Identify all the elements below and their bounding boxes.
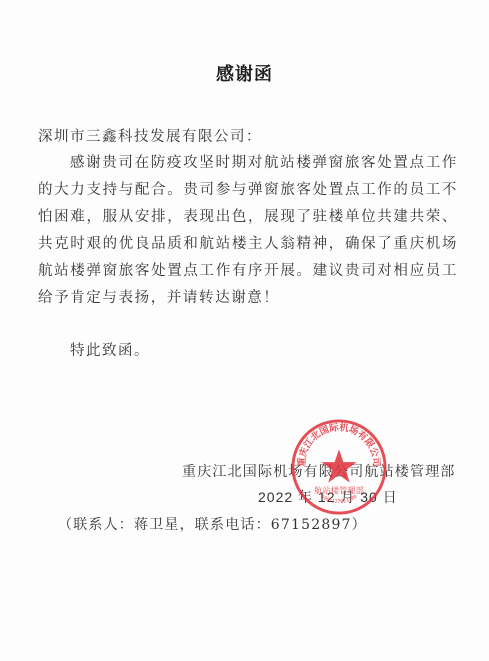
letter-title: 感谢函: [0, 60, 489, 86]
official-seal-icon: 重庆江北国际机场有限公司 航站楼管理部 5001127013580: [290, 418, 388, 516]
letter-page: 感谢函 深圳市三鑫科技发展有限公司： 感谢贵司在防疫攻坚时期对航站楼弹窗旅客处置…: [0, 0, 489, 661]
letter-body: 感谢贵司在防疫攻坚时期对航站楼弹窗旅客处置点工作的大力支持与配合。贵司参与弹窗旅…: [38, 150, 458, 312]
svg-text:航站楼管理部: 航站楼管理部: [314, 485, 365, 495]
closing-line: 特此致函。: [70, 339, 150, 360]
svg-text:5001127013580: 5001127013580: [320, 494, 359, 505]
recipient-line: 深圳市三鑫科技发展有限公司：: [38, 125, 262, 146]
contact-info: （联系人：蒋卫星，联系电话：67152897）: [58, 514, 367, 534]
